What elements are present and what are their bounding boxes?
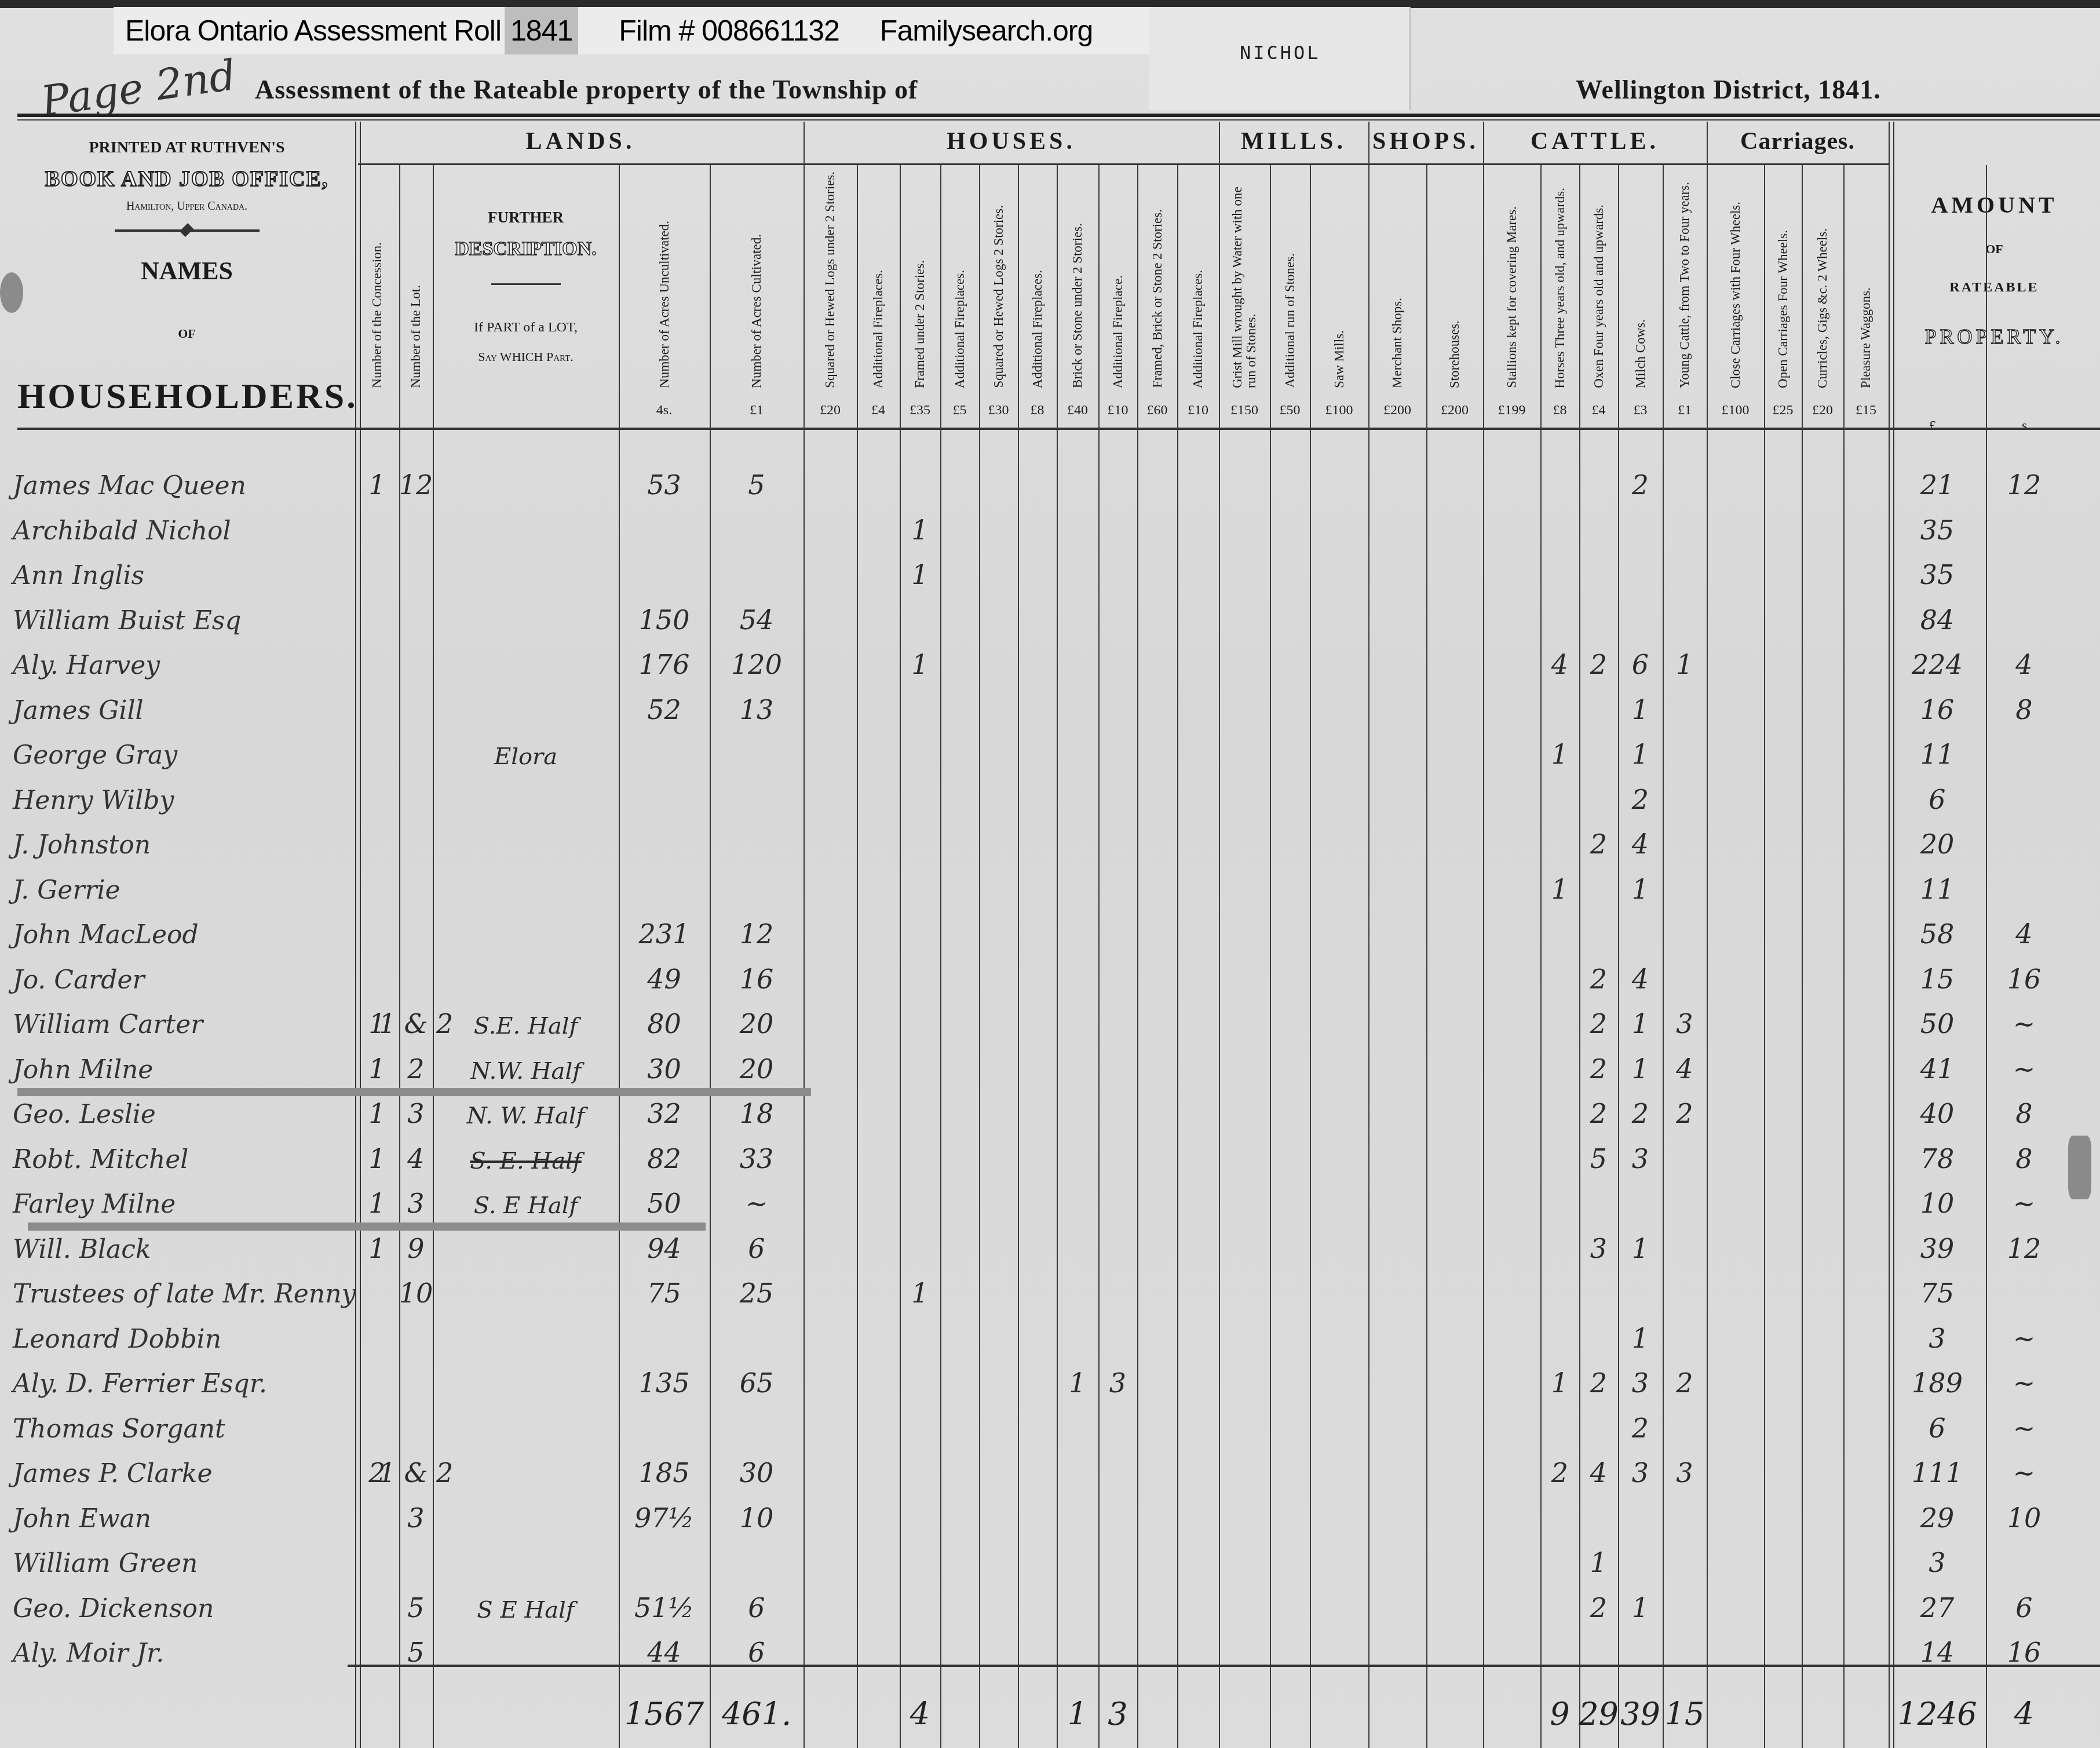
cell-h8 (1098, 503, 1137, 546)
cell-cul: 25 (710, 1266, 804, 1309)
cell-amt_s: ~ (1986, 997, 2062, 1039)
cell-h8 (1098, 1535, 1137, 1578)
cell-c2: 1 (1540, 1356, 1579, 1399)
cell-amt_l: 84 (1889, 593, 1986, 636)
pounds-label: £ (1929, 418, 1936, 434)
cell-desc (433, 458, 619, 501)
cell-c3: 2 (1579, 1042, 1618, 1085)
cell-cul (710, 727, 804, 770)
cell-h7 (1057, 772, 1098, 815)
cell-c4: 2 (1618, 1401, 1663, 1444)
cell-c5 (1663, 1401, 1707, 1444)
cell-c1 (1483, 952, 1540, 995)
cell-cul: 6 (710, 1581, 804, 1623)
cell-c5 (1663, 952, 1707, 995)
householder-name: Aly. Harvey (0, 637, 360, 680)
cell-c2 (1540, 1491, 1579, 1534)
names-label: NAMES (17, 256, 356, 286)
cell-h7 (1057, 1132, 1098, 1174)
cell-unc: 50 (619, 1176, 710, 1219)
cell-c3: 1 (1579, 1535, 1618, 1578)
householders-header: PRINTED AT RUTHVEN'S BOOK AND JOB OFFICE… (17, 125, 356, 426)
cell-cul: 120 (710, 637, 804, 680)
cell-h8 (1098, 997, 1137, 1039)
cell-unc: 52 (619, 683, 710, 725)
cell-h8 (1098, 1176, 1137, 1219)
cell-c2 (1540, 1266, 1579, 1309)
group-lands: LANDS. (358, 122, 803, 161)
cell-c5: 1 (1663, 637, 1707, 680)
cell-h7 (1057, 1086, 1098, 1129)
cell-c3 (1579, 907, 1618, 950)
table-row: Geo. Dickenson5S E Half51½621276 (0, 1581, 2100, 1623)
cell-lot (399, 862, 433, 905)
cell-amt_s (1986, 548, 2062, 590)
cell-h8 (1098, 862, 1137, 905)
cell-desc: S. E. Half (433, 1132, 619, 1174)
cell-amt_s: 10 (1986, 1491, 2062, 1534)
cell-c4: 1 (1618, 1042, 1663, 1085)
cell-c5 (1663, 1625, 1707, 1668)
cell-h3 (900, 907, 940, 950)
cell-cul: 33 (710, 1132, 804, 1174)
cell-c4: 1 (1618, 1221, 1663, 1264)
cell-con (355, 817, 399, 860)
cell-lot: 5 (399, 1625, 433, 1668)
cell-c2 (1540, 683, 1579, 725)
cell-con (355, 1401, 399, 1444)
cell-amt_s: 16 (1986, 952, 2062, 995)
cell-lot (399, 503, 433, 546)
cell-unc (619, 817, 710, 860)
cell-amt_l: 21 (1889, 458, 1986, 501)
cell-c1 (1483, 1625, 1540, 1668)
cell-desc: Elora (433, 727, 619, 770)
cell-unc: 176 (619, 637, 710, 680)
cell-con (355, 952, 399, 995)
cell-con: 1 (355, 1176, 399, 1219)
cell-h8 (1098, 1581, 1137, 1623)
cell-c1 (1483, 1086, 1540, 1129)
cell-c4: 3 (1618, 1356, 1663, 1399)
cell-lot (399, 548, 433, 590)
cell-con (355, 772, 399, 815)
cell-c3: 2 (1579, 817, 1618, 860)
cell-amt_l: 40 (1889, 1086, 1986, 1129)
cell-lot: 12 (399, 458, 433, 501)
cell-con (355, 1535, 399, 1578)
table-row: William Green13 (0, 1535, 2100, 1578)
cell-h8 (1098, 1086, 1137, 1129)
cell-h8 (1098, 458, 1137, 501)
cell-h7 (1057, 952, 1098, 995)
cell-c2 (1540, 1132, 1579, 1174)
cell-lot (399, 772, 433, 815)
cell-c3: 5 (1579, 1132, 1618, 1174)
highlight-bar (28, 1222, 706, 1231)
cell-con (355, 862, 399, 905)
document-page: Elora Ontario Assessment Roll 1841 Film … (0, 0, 2100, 1748)
cell-unc: 44 (619, 1625, 710, 1668)
cell-c2 (1540, 1401, 1579, 1444)
table-row: Jo. Carder4916241516 (0, 952, 2100, 995)
cell-h8 (1098, 1132, 1137, 1174)
ink-stain (2068, 1136, 2091, 1199)
cell-amt_s: ~ (1986, 1176, 2062, 1219)
table-row: Ann Inglis135 (0, 548, 2100, 590)
cell-c3 (1579, 1401, 1618, 1444)
cell-c2: 2 (1540, 1446, 1579, 1488)
cell-desc: S.E. Half (433, 997, 619, 1039)
ornament-divider (115, 229, 260, 232)
cell-c3 (1579, 862, 1618, 905)
cell-lot: 10 (399, 1266, 433, 1309)
cell-amt_s: 4 (1986, 637, 2062, 680)
cell-desc (433, 1491, 619, 1534)
cell-amt_s (1986, 503, 2062, 546)
col-close-carriages: Close Carriages with Four Wheels.£100 (1707, 168, 1764, 423)
printer-place: Hamilton, Upper Canada. (17, 200, 356, 213)
cell-c4: 6 (1618, 637, 1663, 680)
cell-c4: 2 (1618, 1086, 1663, 1129)
cell-h8 (1098, 548, 1137, 590)
cell-h3 (900, 683, 940, 725)
cell-amt_s (1986, 727, 2062, 770)
cell-amt_s: 6 (1986, 1581, 2062, 1623)
cell-c1 (1483, 1266, 1540, 1309)
cell-con (355, 637, 399, 680)
cell-c2 (1540, 593, 1579, 636)
cell-h7: 1 (1057, 1356, 1098, 1399)
cell-desc (433, 1535, 619, 1578)
cell-c4: 2 (1618, 772, 1663, 815)
cell-h3 (900, 1535, 940, 1578)
col-house-hewed-under2: Squared or Hewed Logs under 2 Stories.£2… (804, 168, 857, 423)
cell-c5 (1663, 503, 1707, 546)
cell-cul: 12 (710, 907, 804, 950)
cell-c1 (1483, 772, 1540, 815)
cell-c5 (1663, 1491, 1707, 1534)
householder-name: William Green (0, 1535, 360, 1578)
col-lot: Number of the Lot. (399, 168, 433, 423)
cell-c3 (1579, 1491, 1618, 1534)
cell-h3 (900, 1356, 940, 1399)
cell-c1 (1483, 907, 1540, 950)
cell-c1 (1483, 862, 1540, 905)
cell-h8 (1098, 907, 1137, 950)
table-row: James P. Clarke21 & 2185302433111~ (0, 1446, 2100, 1488)
col-stallions: Stallions kept for covering Mares.£199 (1483, 168, 1540, 423)
cell-h7 (1057, 862, 1098, 905)
cell-desc: N.W. Half (433, 1042, 619, 1085)
cell-c2 (1540, 952, 1579, 995)
cell-amt_l: 14 (1889, 1625, 1986, 1668)
cell-c2: 1 (1540, 727, 1579, 770)
township-name: NICHOL (1240, 42, 1321, 64)
col-horses: Horses Three years old, and upwards.£8 (1540, 168, 1579, 423)
cell-c5 (1663, 907, 1707, 950)
cell-cul: 54 (710, 593, 804, 636)
group-cattle: CATTLE. (1483, 122, 1707, 161)
cell-amt_s: ~ (1986, 1446, 2062, 1488)
householder-name: Trustees of late Mr. Renny (0, 1266, 360, 1309)
cell-amt_s (1986, 817, 2062, 860)
cell-h3 (900, 1311, 940, 1354)
cell-h7 (1057, 548, 1098, 590)
householder-name: Aly. Moir Jr. (0, 1625, 360, 1668)
cell-lot (399, 1356, 433, 1399)
householder-name: James Gill (0, 683, 360, 725)
cell-unc (619, 1311, 710, 1354)
cell-lot (399, 952, 433, 995)
cell-h8 (1098, 1221, 1137, 1264)
householder-name: Farley Milne (0, 1176, 360, 1219)
cell-h3 (900, 1401, 940, 1444)
cell-h8 (1098, 1446, 1137, 1488)
col-acres-uncultivated: Number of Acres Uncultivated.4s. (619, 168, 710, 423)
cell-c2 (1540, 458, 1579, 501)
cell-cul: 20 (710, 1042, 804, 1085)
cell-amt_s: 8 (1986, 1086, 2062, 1129)
cell-cul: 6 (710, 1625, 804, 1668)
cell-con (355, 1311, 399, 1354)
cell-c2 (1540, 772, 1579, 815)
cell-amt_l: 111 (1889, 1446, 1986, 1488)
cell-c3: 2 (1579, 1086, 1618, 1129)
cell-h7 (1057, 458, 1098, 501)
cell-h3: 1 (900, 503, 940, 546)
cell-lot: 4 (399, 1132, 433, 1174)
table-row: John MacLeod23112584 (0, 907, 2100, 950)
cell-cul: 13 (710, 683, 804, 725)
cell-c1 (1483, 1491, 1540, 1534)
cell-c5 (1663, 1581, 1707, 1623)
cell-c4 (1618, 1176, 1663, 1219)
cell-c4: 3 (1618, 1132, 1663, 1174)
cell-amt_l: 11 (1889, 727, 1986, 770)
cell-cul: 65 (710, 1356, 804, 1399)
cell-h7 (1057, 1535, 1098, 1578)
table-row: Farley Milne13S. E Half50~10~ (0, 1176, 2100, 1219)
cell-lot: 5 (399, 1581, 433, 1623)
cell-cul: 30 (710, 1446, 804, 1488)
cell-cul: 20 (710, 997, 804, 1039)
col-curricles: Curricles, Gigs &c. 2 Wheels.£20 (1802, 168, 1843, 423)
cell-amt_l: 6 (1889, 1401, 1986, 1444)
cell-cul (710, 772, 804, 815)
cell-amt_l: 50 (1889, 997, 1986, 1039)
cell-cul (710, 1311, 804, 1354)
cell-desc (433, 817, 619, 860)
householder-name: Aly. D. Ferrier Esqr. (0, 1356, 360, 1399)
cell-desc (433, 683, 619, 725)
total-amt_l: 1246 (1889, 1680, 1986, 1732)
cell-c4: 1 (1618, 1311, 1663, 1354)
cell-h8 (1098, 1266, 1137, 1309)
cell-c3 (1579, 1625, 1618, 1668)
printer-office: BOOK AND JOB OFFICE, (17, 166, 356, 192)
cell-c3: 3 (1579, 1221, 1618, 1264)
cell-desc (433, 772, 619, 815)
cell-unc (619, 503, 710, 546)
cell-c5 (1663, 548, 1707, 590)
total-c4: 39 (1618, 1680, 1663, 1732)
cell-con (355, 1356, 399, 1399)
cell-c1 (1483, 1581, 1540, 1623)
cell-c4: 4 (1618, 817, 1663, 860)
group-shops: SHOPS. (1368, 122, 1483, 161)
table-row: Trustees of late Mr. Renny107525175 (0, 1266, 2100, 1309)
col-pleasure-waggons: Pleasure Waggons.£15 (1843, 168, 1889, 423)
cell-c5 (1663, 1266, 1707, 1309)
householder-name: Robt. Mitchel (0, 1132, 360, 1174)
cell-unc: 135 (619, 1356, 710, 1399)
cell-c1 (1483, 1221, 1540, 1264)
cell-lot (399, 1535, 433, 1578)
cell-amt_s: ~ (1986, 1356, 2062, 1399)
cell-c3 (1579, 503, 1618, 546)
householder-name: John Ewan (0, 1491, 360, 1534)
cell-c3 (1579, 772, 1618, 815)
table-row: J. Johnston2420 (0, 817, 2100, 860)
cell-c2 (1540, 907, 1579, 950)
col-open-carriages: Open Carriages Four Wheels.£25 (1764, 168, 1802, 423)
cell-amt_s: 4 (1986, 907, 2062, 950)
col-young-cattle: Young Cattle, from Two to Four years.£1 (1663, 168, 1707, 423)
col-additional-stones: Additional run of Stones.£50 (1270, 168, 1310, 423)
cell-con (355, 683, 399, 725)
table-row: Archibald Nichol135 (0, 503, 2100, 546)
total-c2: 9 (1540, 1680, 1579, 1732)
table-row: William Buist Esq1505484 (0, 593, 2100, 636)
cell-c5 (1663, 1132, 1707, 1174)
householder-name: James Mac Queen (0, 458, 360, 501)
overlay-film: Film # 008661132 (619, 14, 839, 48)
cell-c1 (1483, 817, 1540, 860)
group-houses: HOUSES. (804, 122, 1219, 161)
cell-lot: 1 & 2 (399, 1446, 433, 1488)
cell-h7 (1057, 637, 1098, 680)
cell-h7 (1057, 997, 1098, 1039)
cell-c1 (1483, 1535, 1540, 1578)
document-title: Assessment of the Rateable property of t… (255, 74, 918, 105)
col-house-brick-under2: Brick or Stone under 2 Stories.£40 (1057, 168, 1098, 423)
cell-c4: 1 (1618, 862, 1663, 905)
cell-h8 (1098, 1401, 1137, 1444)
cell-h8 (1098, 1042, 1137, 1085)
cell-c3: 2 (1579, 1581, 1618, 1623)
cell-c1 (1483, 548, 1540, 590)
col-house-hewed-2: Squared or Hewed Logs 2 Stories.£30 (979, 168, 1018, 423)
cell-c5 (1663, 727, 1707, 770)
householder-name: John MacLeod (0, 907, 360, 950)
cell-amt_s (1986, 862, 2062, 905)
cell-c5 (1663, 862, 1707, 905)
cell-unc: 49 (619, 952, 710, 995)
highlight-bar (17, 1088, 811, 1096)
cell-c4 (1618, 1491, 1663, 1534)
cell-c4: 1 (1618, 1581, 1663, 1623)
total-c5: 15 (1663, 1680, 1707, 1732)
cell-unc (619, 727, 710, 770)
total-amt_s: 4 (1986, 1680, 2062, 1732)
householder-name: John Milne (0, 1042, 360, 1085)
cell-c3: 2 (1579, 952, 1618, 995)
cell-cul: 6 (710, 1221, 804, 1264)
cell-c4 (1618, 1535, 1663, 1578)
printer-line: PRINTED AT RUTHVEN'S (17, 138, 356, 157)
cell-c1 (1483, 1446, 1540, 1488)
householder-name: Geo. Dickenson (0, 1581, 360, 1623)
cell-amt_l: 27 (1889, 1581, 1986, 1623)
cell-h3: 1 (900, 548, 940, 590)
cell-unc: 185 (619, 1446, 710, 1488)
cell-c4 (1618, 503, 1663, 546)
cell-h3 (900, 952, 940, 995)
overlay-year: 1841 (505, 7, 578, 54)
table-row: Aly. D. Ferrier Esqr.13565131232189~ (0, 1356, 2100, 1399)
cell-c4 (1618, 548, 1663, 590)
cell-h8 (1098, 727, 1137, 770)
cell-con (355, 1581, 399, 1623)
cell-lot: 3 (399, 1491, 433, 1534)
cell-c4 (1618, 1625, 1663, 1668)
cell-c5: 3 (1663, 997, 1707, 1039)
table-row: Aly. Moir Jr.54461416 (0, 1625, 2100, 1668)
cell-amt_s: ~ (1986, 1401, 2062, 1444)
cell-h3: 1 (900, 1266, 940, 1309)
cell-c1 (1483, 1132, 1540, 1174)
cell-unc: 53 (619, 458, 710, 501)
cell-c2 (1540, 1625, 1579, 1668)
cell-amt_l: 75 (1889, 1266, 1986, 1309)
cell-c4: 1 (1618, 683, 1663, 725)
cell-desc (433, 1311, 619, 1354)
cell-cul (710, 862, 804, 905)
householder-name: George Gray (0, 727, 360, 770)
cell-c5: 2 (1663, 1356, 1707, 1399)
cell-c3 (1579, 683, 1618, 725)
cell-desc (433, 1401, 619, 1444)
cell-h3 (900, 1042, 940, 1085)
cell-h3 (900, 727, 940, 770)
cell-h7 (1057, 1266, 1098, 1309)
cell-amt_s: 16 (1986, 1625, 2062, 1668)
col-storehouses: Storehouses.£200 (1426, 168, 1483, 423)
cell-con (355, 1491, 399, 1534)
table-row: John Milne12N.W. Half302021441~ (0, 1042, 2100, 1085)
cell-amt_l: 29 (1889, 1491, 1986, 1534)
col-house-fireplaces-5: Additional Fireplaces.£10 (1177, 168, 1219, 423)
col-grist-mill: Grist Mill wrought by Water with one run… (1219, 168, 1270, 423)
cell-h7 (1057, 907, 1098, 950)
cell-desc (433, 1356, 619, 1399)
cell-c1 (1483, 593, 1540, 636)
cell-h8 (1098, 772, 1137, 815)
cell-cul (710, 817, 804, 860)
cell-c3 (1579, 1176, 1618, 1219)
cell-amt_s: 12 (1986, 1221, 2062, 1264)
cell-desc: S. E Half (433, 1176, 619, 1219)
householder-name: Thomas Sorgant (0, 1401, 360, 1444)
cell-cul (710, 503, 804, 546)
cell-amt_s: 8 (1986, 1132, 2062, 1174)
group-carriages: Carriages. (1707, 122, 1889, 161)
cell-h3 (900, 997, 940, 1039)
cell-c3 (1579, 548, 1618, 590)
cell-lot (399, 727, 433, 770)
cell-unc: 80 (619, 997, 710, 1039)
